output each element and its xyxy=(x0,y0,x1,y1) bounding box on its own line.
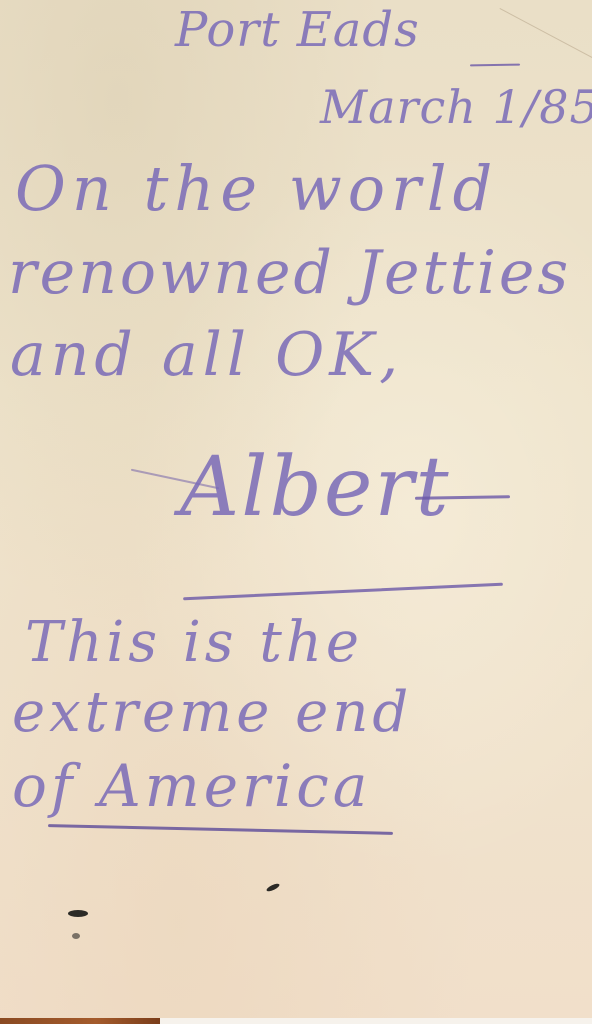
date-heading: March 1/85 xyxy=(320,80,592,134)
signature-tail-stroke xyxy=(415,495,510,500)
signature-underline xyxy=(183,583,503,601)
message-line-3: and all OK, xyxy=(10,320,403,390)
scan-margin xyxy=(160,1018,592,1024)
ink-blot xyxy=(266,882,281,892)
ink-blot xyxy=(68,910,88,917)
card-edge-background xyxy=(0,1018,160,1024)
place-heading: Port Eads xyxy=(175,2,420,58)
signature: Albert xyxy=(180,440,451,535)
paper-crease xyxy=(500,8,592,61)
postscript-underline xyxy=(48,824,393,835)
postscript-line-2: extreme end xyxy=(12,680,412,745)
message-line-1: On the world xyxy=(15,152,498,225)
place-underline xyxy=(470,64,520,67)
postcard-back: Port Eads March 1/85 On the world renown… xyxy=(0,0,592,1024)
postscript-line-1: This is the xyxy=(25,610,363,675)
message-line-2: renowned Jetties xyxy=(8,238,571,308)
ink-blot xyxy=(72,933,80,939)
postscript-line-3: of America xyxy=(12,752,371,820)
